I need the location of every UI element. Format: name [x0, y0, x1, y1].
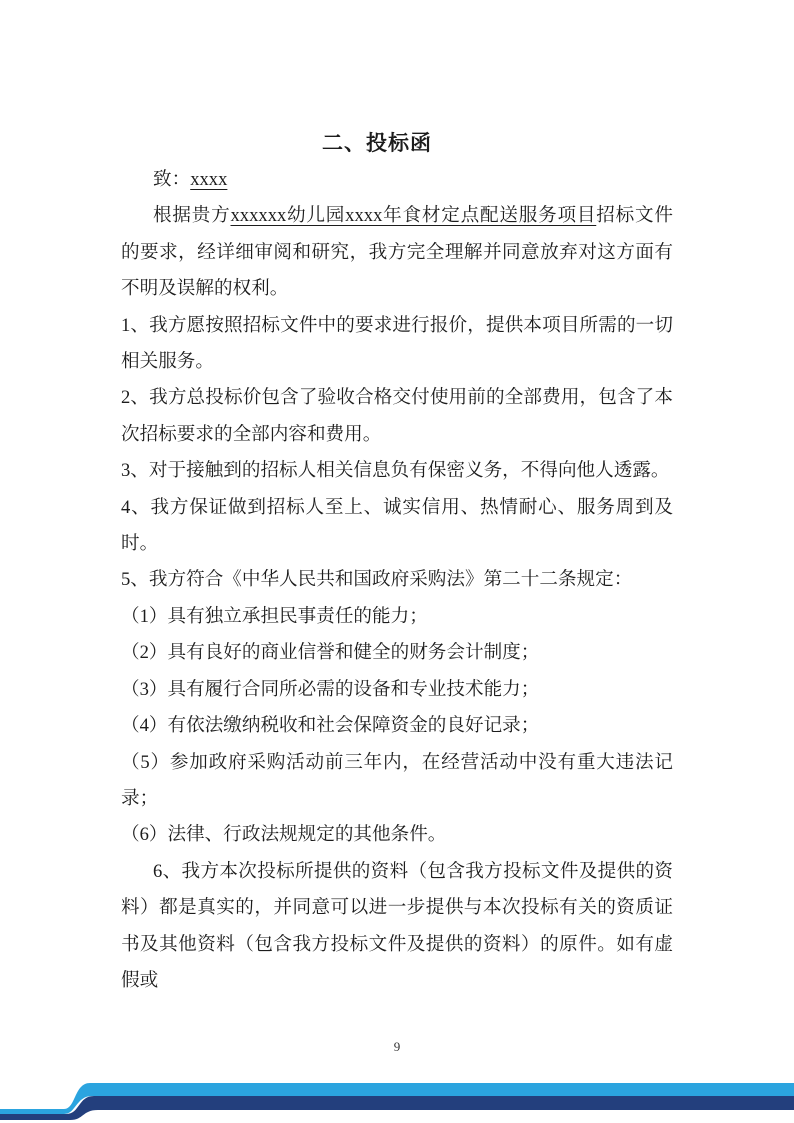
sub-list-item: （1）具有独立承担民事责任的能力； [121, 599, 673, 635]
sub-list-item: （3）具有履行合同所必需的设备和专业技术能力； [121, 672, 673, 708]
sub-list-item: （6）法律、行政法规规定的其他条件。 [121, 817, 673, 853]
list-item: 3、对于接触到的招标人相关信息负有保密义务，不得向他人透露。 [121, 453, 673, 489]
page-title: 二、投标函 [101, 130, 653, 156]
intro-pre: 根据贵方 [153, 205, 231, 226]
footer-ribbon-graphic [0, 1075, 794, 1123]
salutation-recipient: xxxx [190, 169, 227, 190]
document-body: 致：xxxx 根据贵方xxxxxx幼儿园xxxx年食材定点配送服务项目招标文件的… [121, 162, 673, 999]
closing-paragraph: 6、我方本次投标所提供的资料（包含我方投标文件及提供的资料）都是真实的，并同意可… [121, 854, 673, 1000]
footer-ribbon-dark-stripe [0, 1096, 794, 1120]
list-item: 4、我方保证做到招标人至上、诚实信用、热情耐心、服务周到及时。 [121, 490, 673, 563]
document-page: 二、投标函 致：xxxx 根据贵方xxxxxx幼儿园xxxx年食材定点配送服务项… [121, 130, 673, 999]
salutation-label: 致： [153, 169, 190, 190]
intro-project-name: xxxxxx幼儿园xxxx年食材定点配送服务项目 [231, 205, 597, 226]
sub-list-item: （4）有依法缴纳税收和社会保障资金的良好记录； [121, 708, 673, 744]
sub-list-item: （5）参加政府采购活动前三年内，在经营活动中没有重大违法记录； [121, 745, 673, 818]
sub-list-item: （2）具有良好的商业信誉和健全的财务会计制度； [121, 635, 673, 671]
page-number: 9 [0, 1039, 794, 1054]
list-item: 1、我方愿按照招标文件中的要求进行报价，提供本项目所需的一切相关服务。 [121, 308, 673, 381]
intro-paragraph: 根据贵方xxxxxx幼儿园xxxx年食材定点配送服务项目招标文件的要求，经详细审… [121, 198, 673, 307]
list-item: 2、我方总投标价包含了验收合格交付使用前的全部费用，包含了本次招标要求的全部内容… [121, 380, 673, 453]
list-item: 5、我方符合《中华人民共和国政府采购法》第二十二条规定： [121, 562, 673, 598]
salutation-line: 致：xxxx [121, 162, 673, 198]
